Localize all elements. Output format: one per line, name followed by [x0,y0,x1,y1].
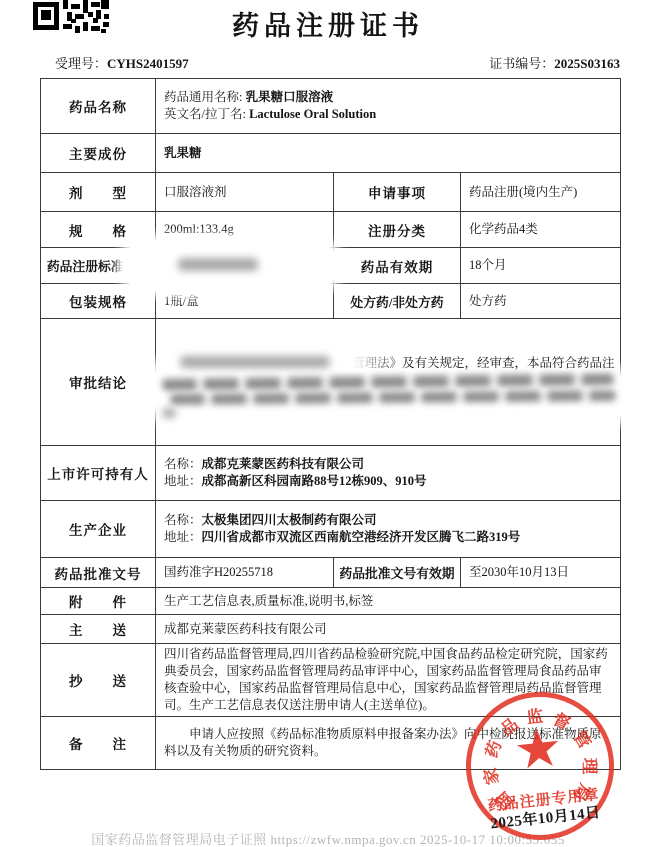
holder-name-line: 名称：成都克莱蒙医药科技有限公司 [164,456,612,473]
holder-name-prefix: 名称： [164,457,202,471]
registration-class-value: 化学药品4类 [461,212,621,248]
acceptance-number: 受理号：CYHS2401597 [55,53,189,72]
row-drug-name: 药品名称 药品通用名称: 乳果糖口服溶液 英文名/拉丁名: Lactulose … [41,79,621,134]
manufacturer-addr-value: 四川省成都市双流区西南航空港经济开发区腾飞二路319号 [202,530,521,544]
acceptance-number-label: 受理号： [55,56,107,71]
row-attachments: 附 件 生产工艺信息表,质量标准,说明书,标签 [41,588,621,615]
approval-number-label: 药品批准文号 [41,558,156,588]
application-item-label: 申请事项 [334,173,461,212]
main-recipient-label: 主 送 [41,615,156,644]
dosage-form-value: 口服溶液剂 [156,173,334,212]
redaction-smear-standard [178,258,258,271]
generic-name-value: 乳果糖口服溶液 [246,90,334,104]
prescription-label: 处方药/非处方药 [334,284,461,319]
validity-label: 药品有效期 [334,248,461,284]
cc-label: 抄 送 [41,644,156,717]
english-name-prefix: 英文名/拉丁名: [164,107,249,121]
redaction-ghost-line1 [180,356,330,368]
approval-number-validity-value: 至2030年10月13日 [461,558,621,588]
certificate-title: 药品注册证书 [0,4,656,43]
drug-name-value: 药品通用名称: 乳果糖口服溶液 英文名/拉丁名: Lactulose Oral … [156,79,621,134]
row-approval-number: 药品批准文号 国药准字H20255718 药品批准文号有效期 至2030年10月… [41,558,621,588]
license-holder-label: 上市许可持有人 [41,446,156,501]
remarks-label: 备 注 [41,716,156,769]
english-name-value: Lactulose Oral Solution [249,107,376,121]
certificate-number-label: 证书编号： [489,56,554,71]
redaction-smear-line4 [162,408,176,418]
main-ingredient-value: 乳果糖 [156,134,621,173]
manufacturer-value: 名称：太极集团四川太极制药有限公司 地址：四川省成都市双流区西南航空港经济开发区… [156,501,621,558]
row-packaging: 包装规格 1瓶/盒 处方药/非处方药 处方药 [41,284,621,319]
license-holder-value: 名称：成都克莱蒙医药科技有限公司 地址：成都高新区科园南路88号12栋909、9… [156,446,621,501]
approval-number-value: 国药准字H20255718 [156,558,334,588]
main-ingredient-label: 主要成份 [41,134,156,173]
registration-class-label: 注册分类 [334,212,461,248]
row-specification: 规 格 200ml:133.4g 注册分类 化学药品4类 [41,212,621,248]
application-item-value: 药品注册(境内生产) [461,173,621,212]
certificate-number: 证书编号：2025S03163 [489,53,620,72]
row-manufacturer: 生产企业 名称：太极集团四川太极制药有限公司 地址：四川省成都市双流区西南航空港… [41,501,621,558]
certificate-page: 药品注册证书 受理号：CYHS2401597 证书编号：2025S03163 药… [0,0,656,847]
validity-value: 18个月 [461,248,621,284]
attachments-value: 生产工艺信息表,质量标准,说明书,标签 [156,588,621,615]
holder-name-value: 成都克莱蒙医药科技有限公司 [202,457,365,471]
manufacturer-addr-line: 地址：四川省成都市双流区西南航空港经济开发区腾飞二路319号 [164,529,612,546]
row-dosage-form: 剂 型 口服溶液剂 申请事项 药品注册(境内生产) [41,173,621,212]
row-main-ingredient: 主要成份 乳果糖 [41,134,621,173]
fragment-fade-overlay [340,351,400,371]
certificate-number-value: 2025S03163 [554,56,620,71]
holder-addr-value: 成都高新区科园南路88号12栋909、910号 [202,474,427,488]
generic-name-prefix: 药品通用名称: [164,90,246,104]
manufacturer-addr-prefix: 地址： [164,530,202,544]
dosage-form-label: 剂 型 [41,173,156,212]
manufacturer-name-line: 名称：太极集团四川太极制药有限公司 [164,512,612,529]
manufacturer-name-value: 太极集团四川太极制药有限公司 [202,513,377,527]
english-name-line: 英文名/拉丁名: Lactulose Oral Solution [164,106,612,123]
prescription-value: 处方药 [461,284,621,319]
row-main-recipient: 主 送 成都克莱蒙医药科技有限公司 [41,615,621,644]
manufacturer-name-prefix: 名称： [164,513,202,527]
registration-stamp: 国家药品监督管理局 ★ 药品注册专用章 2025年10月14日 [459,685,622,847]
attachments-label: 附 件 [41,588,156,615]
drug-name-label: 药品名称 [41,79,156,134]
acceptance-number-value: CYHS2401597 [107,56,189,71]
approval-number-validity-label: 药品批准文号有效期 [334,558,461,588]
holder-addr-prefix: 地址： [164,474,202,488]
generic-name-line: 药品通用名称: 乳果糖口服溶液 [164,89,612,106]
main-recipient-value: 成都克莱蒙医药科技有限公司 [156,615,621,644]
row-license-holder: 上市许可持有人 名称：成都克莱蒙医药科技有限公司 地址：成都高新区科园南路88号… [41,446,621,501]
approval-conclusion-label: 审批结论 [41,319,156,446]
holder-addr-line: 地址：成都高新区科园南路88号12栋909、910号 [164,473,612,490]
manufacturer-label: 生产企业 [41,501,156,558]
